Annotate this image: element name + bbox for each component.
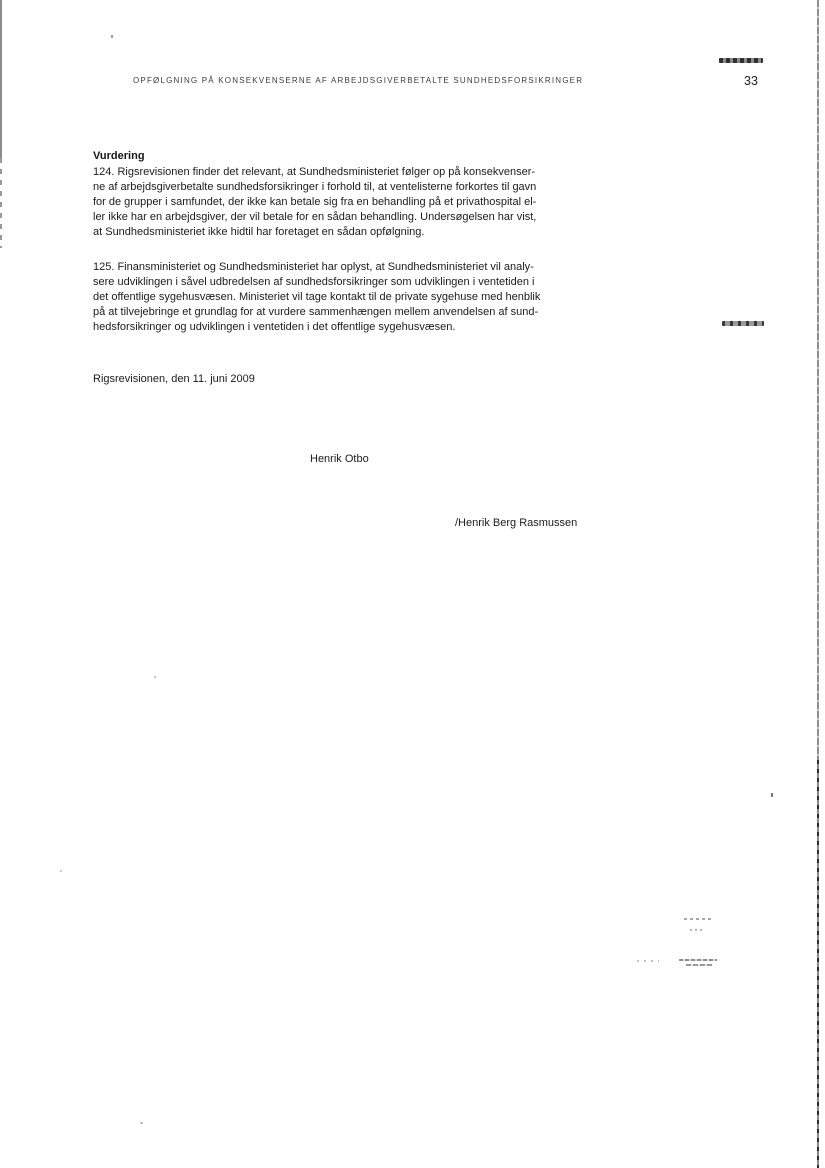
scan-noise-dashes-1b bbox=[690, 929, 704, 931]
scan-noise-dashes-1 bbox=[684, 918, 714, 920]
scan-edge-left-dashes bbox=[0, 158, 2, 248]
signature-name-primary: Henrik Otbo bbox=[310, 453, 369, 465]
scan-edge-left-line bbox=[0, 0, 2, 158]
document-page: OPFØLGNING PÅ KONSEKVENSERNE AF ARBEJDSG… bbox=[0, 0, 825, 1168]
scan-noise-dashes-2b bbox=[686, 964, 712, 966]
scan-smudge-top-right bbox=[719, 58, 763, 63]
scan-smudge-mid-right bbox=[722, 321, 764, 326]
scan-noise-dashes-2c bbox=[637, 960, 659, 962]
scan-noise-dashes-2 bbox=[679, 959, 717, 961]
scan-speck bbox=[140, 1122, 143, 1124]
paragraph-124: 124. Rigsrevisionen finder det relevant,… bbox=[93, 165, 653, 240]
date-line: Rigsrevisionen, den 11. juni 2009 bbox=[93, 373, 255, 385]
scan-speck bbox=[111, 35, 113, 38]
section-heading: Vurdering bbox=[93, 150, 145, 162]
scan-speck bbox=[154, 676, 156, 678]
scan-speck bbox=[60, 870, 62, 872]
signature-name-counter: /Henrik Berg Rasmussen bbox=[455, 517, 577, 529]
scan-speck bbox=[771, 793, 773, 797]
paragraph-125: 125. Finansministeriet og Sundhedsminist… bbox=[93, 260, 653, 335]
scan-edge-right-dark-line bbox=[817, 760, 819, 1168]
running-header: OPFØLGNING PÅ KONSEKVENSERNE AF ARBEJDSG… bbox=[133, 76, 583, 85]
page-number: 33 bbox=[744, 74, 758, 88]
